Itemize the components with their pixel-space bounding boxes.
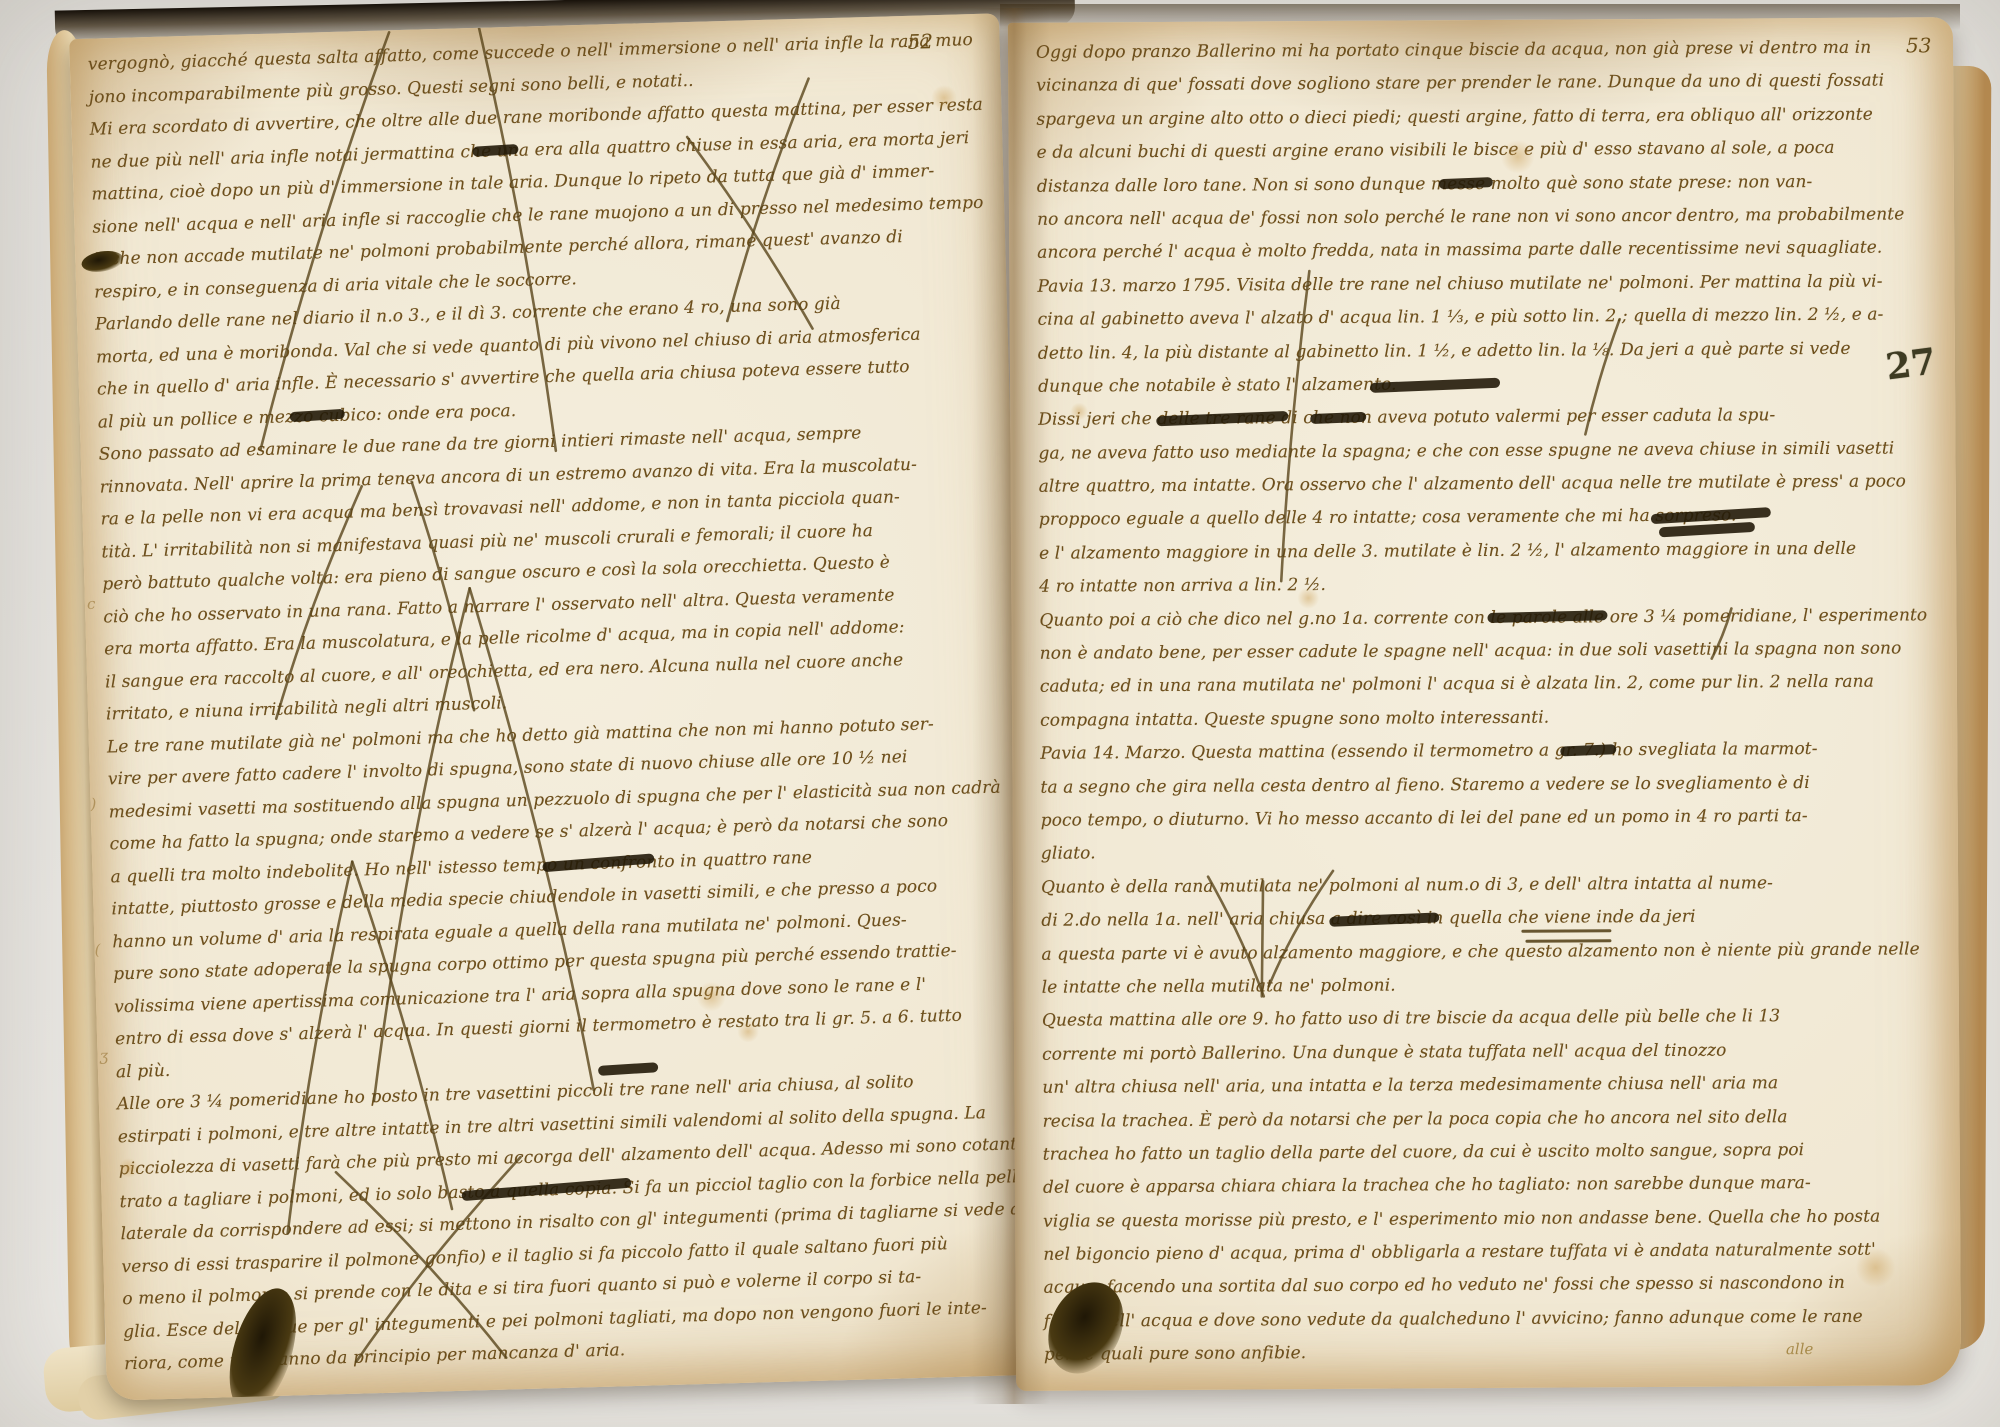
manuscript-line: gliato. [1041, 833, 1941, 872]
manuscript-line: caduta; ed in una rana mutilata ne' polm… [1040, 666, 1940, 705]
stain-mark [1501, 140, 1535, 174]
manuscript-line: recisa la trachea. È però da notarsi che… [1042, 1100, 1942, 1139]
stain-mark [1070, 402, 1088, 420]
page-number-right: 53 [1906, 33, 1932, 57]
manuscript-line: proppoco eguale a quello delle 4 ro inta… [1039, 499, 1939, 538]
manuscript-line: e da alcuni buchi di questi argine erano… [1037, 131, 1937, 170]
manuscript-line: e l' alzamento maggiore in una delle 3. … [1039, 532, 1939, 571]
manuscript-line: Quanto è della rana mutilata ne' polmoni… [1041, 866, 1941, 905]
manuscript-text-right: Oggi dopo pranzo Ballerino mi ha portato… [1036, 31, 1944, 1372]
manuscript-line: ga, ne aveva fatto uso mediante la spagn… [1038, 432, 1938, 471]
catchword: alle [1786, 1340, 1814, 1358]
manuscript-line: ta a segno che gira nella cesta dentro a… [1040, 766, 1940, 805]
manuscript-line: Oggi dopo pranzo Ballerino mi ha portato… [1036, 31, 1936, 70]
manuscript-line: a questa parte vi è avuto alzamento magg… [1041, 933, 1941, 972]
manuscript-line: cina al gabinetto aveva l' alzato d' acq… [1038, 298, 1938, 337]
manuscript-line: viglia se questa morisse più presto, e l… [1043, 1200, 1943, 1239]
stain-mark [1297, 587, 1319, 609]
manuscript-line: acqua, facendo una sortita dal suo corpo… [1043, 1267, 1943, 1306]
manuscript-line: del cuore è apparsa chiara chiara la tra… [1043, 1166, 1943, 1205]
quire-mark: 27 [1883, 340, 1938, 388]
manuscript-line: non è andato bene, per esser cadute le s… [1040, 632, 1940, 671]
manuscript-line: poco tempo, o diuturno. Vi ho messo acca… [1041, 799, 1941, 838]
page-number-left: 52 [907, 29, 933, 54]
manuscript-line: corrente mi portò Ballerino. Una dunque … [1042, 1033, 1942, 1072]
manuscript-line: Pavia 14. Marzo. Questa mattina (essendo… [1040, 732, 1940, 771]
uline-mark [1525, 939, 1611, 943]
manuscript-line: detto lin. 4, la più distante al gabinet… [1038, 332, 1938, 371]
manuscript-line: le intatte che nella mutilata ne' polmon… [1042, 966, 1942, 1005]
manuscript-line: spargeva un argine alto otto o dieci pie… [1036, 98, 1936, 137]
manuscript-line: Questa mattina alle ore 9. ho fatto uso … [1042, 1000, 1942, 1039]
manuscript-line: ancora perché l' acqua è molto fredda, n… [1037, 232, 1937, 271]
margin-glyph: ʒ [99, 1047, 108, 1065]
manuscript-line: vicinanza di que' fossati dove sogliono … [1036, 65, 1936, 104]
manuscript-line: no ancora nell' acqua de' fossi non solo… [1037, 198, 1937, 237]
photo-of-open-manuscript: vergognò, giacché questa salta affatto, … [0, 0, 2000, 1427]
manuscript-page-left: vergognò, giacché questa salta affatto, … [69, 13, 1037, 1400]
manuscript-line: altre quattro, ma intatte. Ora osservo c… [1039, 465, 1939, 504]
manuscript-text-left: vergognò, giacché questa salta affatto, … [87, 23, 1029, 1380]
manuscript-page-right: Oggi dopo pranzo Ballerino mi ha portato… [1008, 17, 1961, 1391]
uline-mark [1521, 929, 1611, 933]
margin-glyph: ) [90, 795, 96, 813]
manuscript-line: un' altra chiusa nell' aria, una intatta… [1042, 1066, 1942, 1105]
manuscript-line: nel bigoncio pieno d' acqua, prima d' ob… [1043, 1233, 1943, 1272]
margin-glyph: ( [94, 941, 100, 959]
stain-mark [1855, 1248, 1895, 1288]
margin-glyph: c [87, 595, 96, 613]
manuscript-line: fondo dell' acqua e dove sono vedute da … [1044, 1300, 1944, 1339]
manuscript-line: trachea ho fatto un taglio della parte d… [1043, 1133, 1943, 1172]
manuscript-line: compagna intatta. Queste spugne sono mol… [1040, 699, 1940, 738]
manuscript-line: di 2.do nella 1a. nell' aria chiusa a di… [1041, 899, 1941, 938]
manuscript-line: Pavia 13. marzo 1795. Visita delle tre r… [1037, 265, 1937, 304]
manuscript-line: 4 ro intatte non arriva a lin. 2 ½. [1039, 565, 1939, 604]
